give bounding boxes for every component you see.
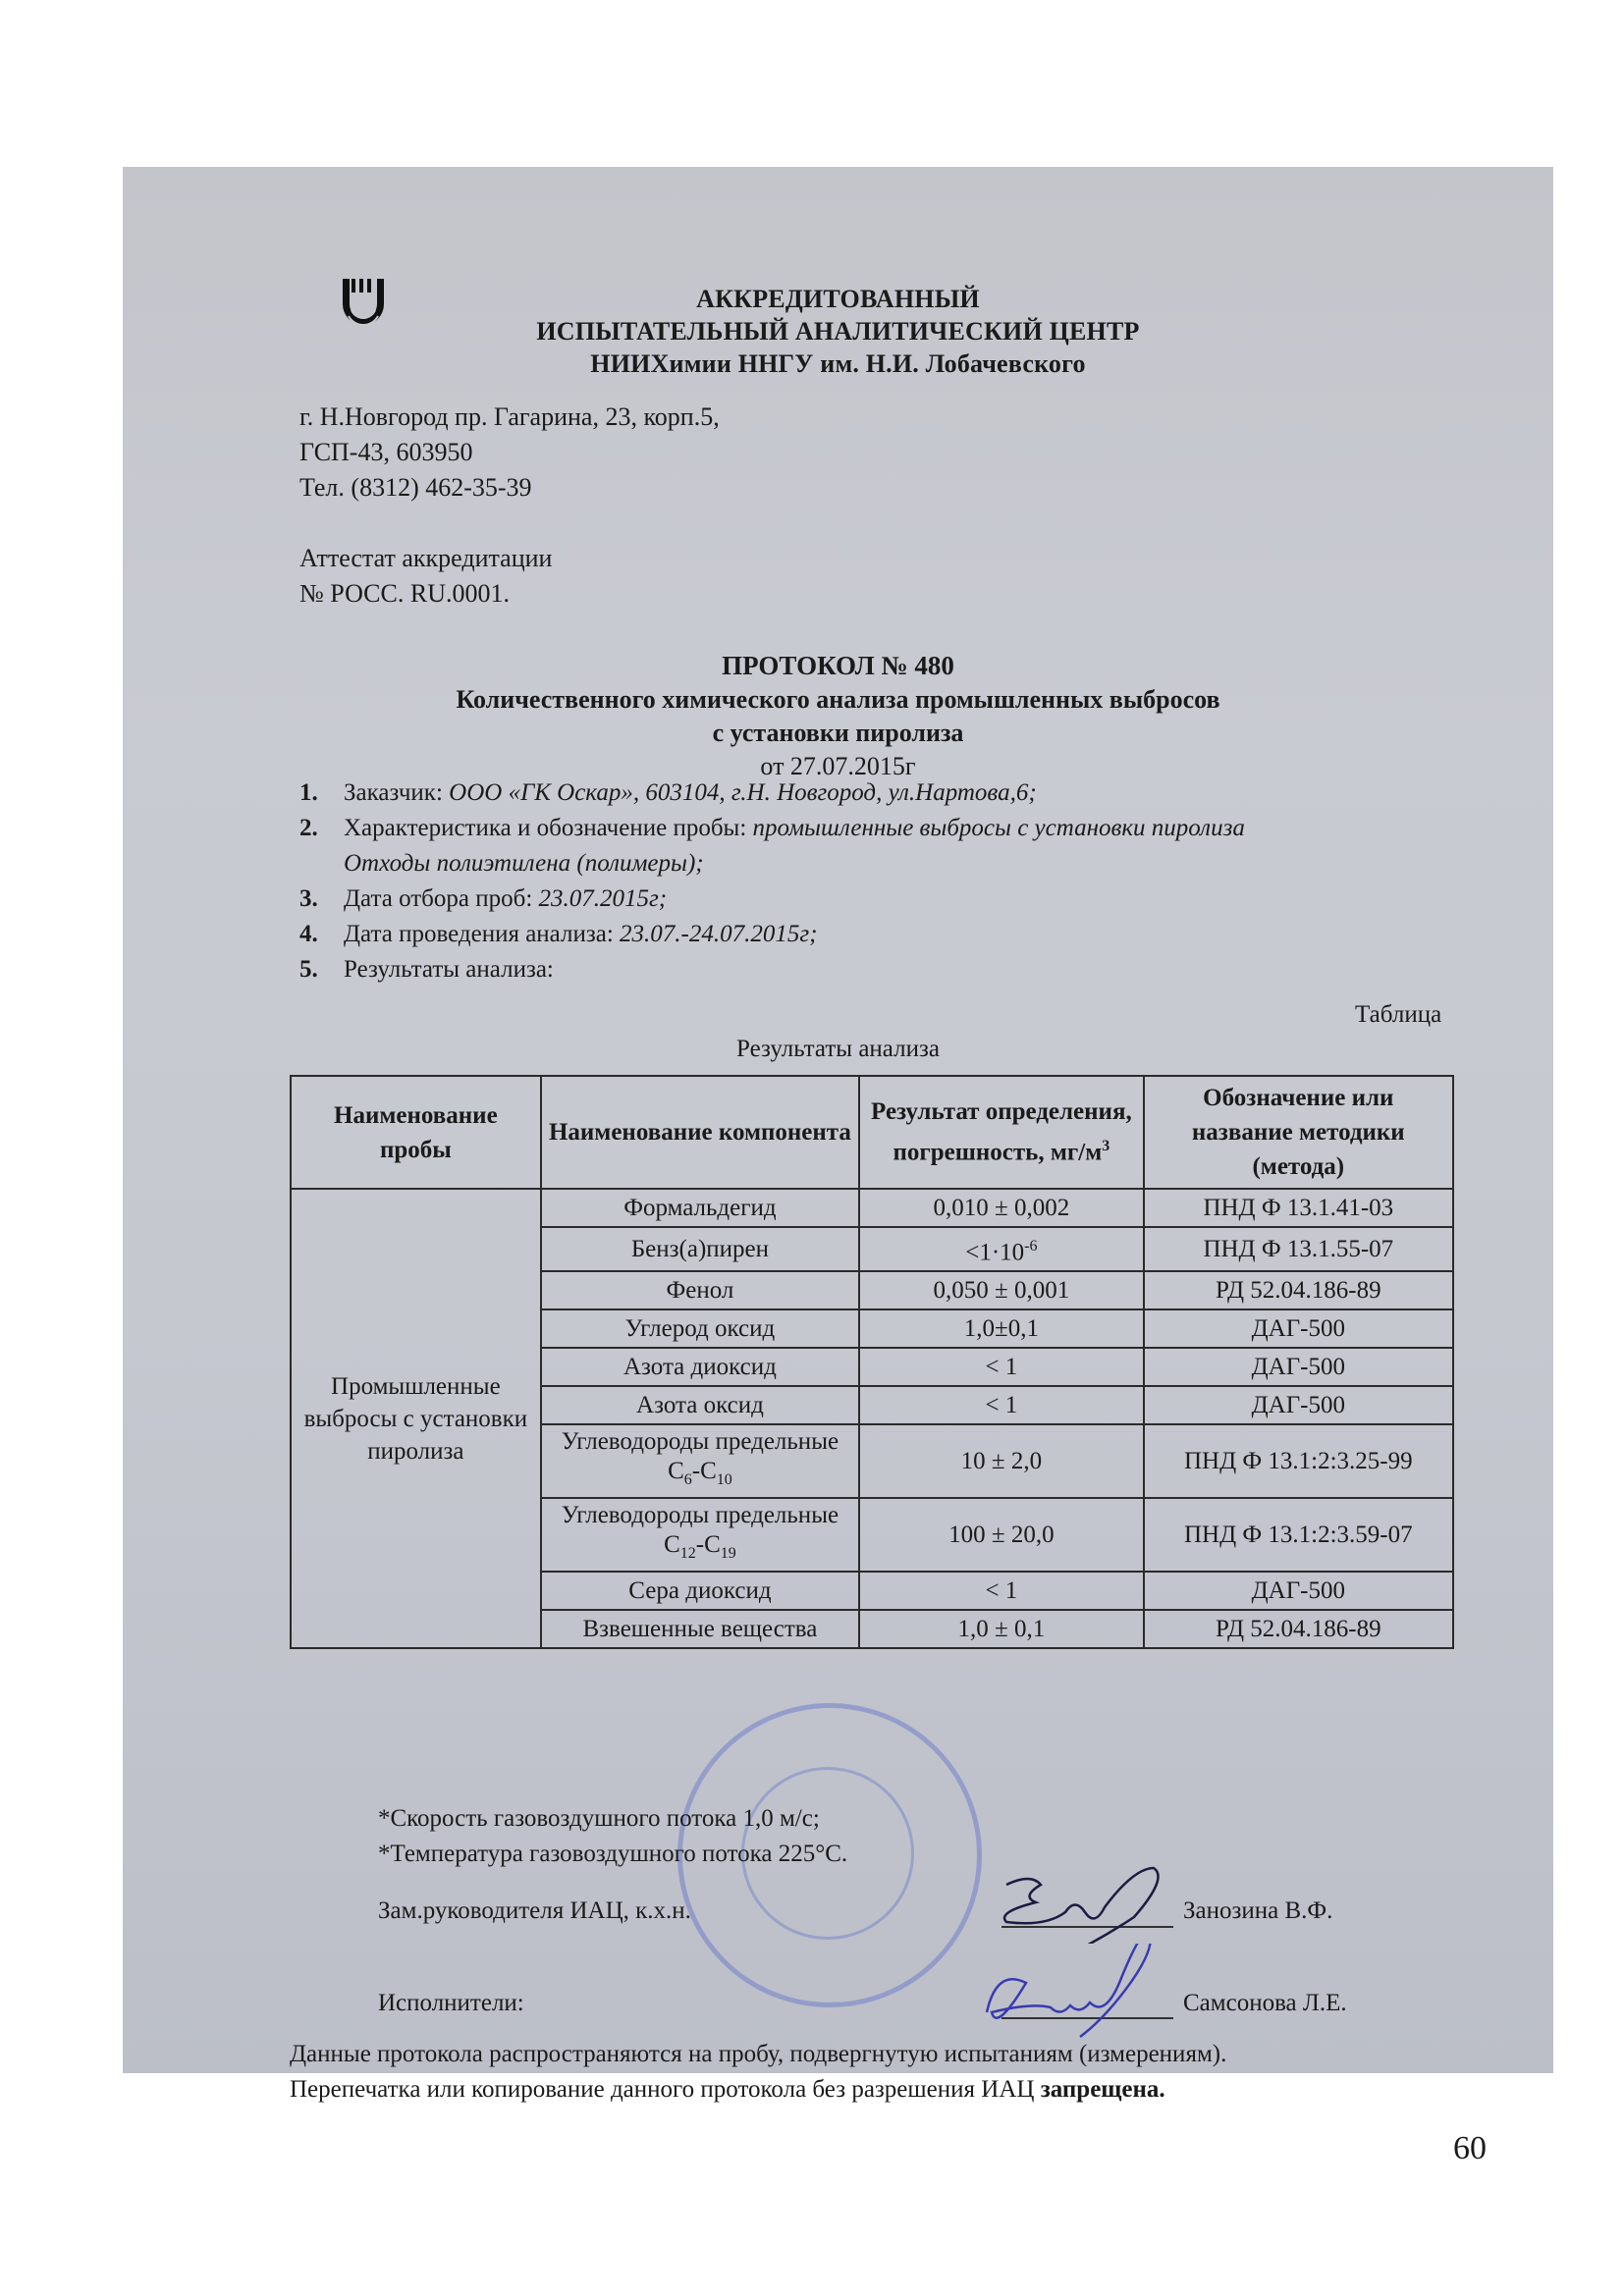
results-table: Наименование пробы Наименование компонен… <box>290 1075 1454 1649</box>
item-results: 5. Результаты анализа: <box>299 952 1245 988</box>
footer-line-2: Перепечатка или копирование данного прот… <box>290 2072 1226 2108</box>
item-analysis-date: 4. Дата проведения анализа: 23.07.-24.07… <box>299 917 1245 952</box>
method-cell: ДАГ-500 <box>1144 1572 1453 1610</box>
footer-disclaimer: Данные протокола распространяются на про… <box>290 2037 1226 2108</box>
component-cell: Фенол <box>541 1271 859 1309</box>
table-caption: Результаты анализа <box>123 1036 1553 1063</box>
protocol-title: ПРОТОКОЛ № 480 <box>123 651 1553 681</box>
component-cell: Сера диоксид <box>541 1572 859 1610</box>
header-line-1: АККРЕДИТОВАННЫЙ <box>123 285 1553 314</box>
result-cell: 100 ± 20,0 <box>859 1498 1144 1572</box>
table-row: Промышленные выбросы с установки пиролиз… <box>291 1189 1453 1227</box>
footer-line-1: Данные протокола распространяются на про… <box>290 2037 1226 2072</box>
component-cell: Азота оксид <box>541 1386 859 1424</box>
page-number: 60 <box>1453 2130 1487 2167</box>
protocol-items: 1. Заказчик: ООО «ГК Оскар», 603104, г.Н… <box>299 775 1245 988</box>
method-cell: ПНД Ф 13.1:2:3.25-99 <box>1144 1424 1453 1498</box>
method-cell: РД 52.04.186-89 <box>1144 1610 1453 1648</box>
result-cell: 0,050 ± 0,001 <box>859 1271 1144 1309</box>
item-customer: 1. Заказчик: ООО «ГК Оскар», 603104, г.Н… <box>299 775 1245 811</box>
method-cell: ПНД Ф 13.1.55-07 <box>1144 1227 1453 1271</box>
result-cell: < 1 <box>859 1572 1144 1610</box>
document-photo: АККРЕДИТОВАННЫЙ ИСПЫТАТЕЛЬНЫЙ АНАЛИТИЧЕС… <box>123 167 1553 2073</box>
item-sample-description: 2. Характеристика и обозначение пробы: п… <box>299 811 1245 881</box>
performer-name: Самсонова Л.Е. <box>1183 1990 1347 2017</box>
component-cell: Углеводороды предельные C12-C19 <box>541 1498 859 1572</box>
address-block: г. Н.Новгород пр. Гагарина, 23, корп.5, … <box>299 400 720 612</box>
performer-signature-icon <box>967 1944 1183 2052</box>
result-cell: <1·10-6 <box>859 1227 1144 1271</box>
method-cell: ПНД Ф 13.1.41-03 <box>1144 1189 1453 1227</box>
component-cell: Бенз(а)пирен <box>541 1227 859 1271</box>
component-cell: Взвешенные вещества <box>541 1610 859 1648</box>
notes: *Скорость газовоздушного потока 1,0 м/с;… <box>378 1801 847 1872</box>
performers-label: Исполнители: <box>378 1990 524 2017</box>
accreditation-label: Аттестат аккредитации <box>299 541 720 576</box>
result-cell: 0,010 ± 0,002 <box>859 1189 1144 1227</box>
header-result: Результат определения, погрешность, мг/м… <box>859 1076 1144 1189</box>
note-flow-speed: *Скорость газовоздушного потока 1,0 м/с; <box>378 1801 847 1837</box>
component-cell: Углерод оксид <box>541 1309 859 1348</box>
result-cell: 1,0 ± 0,1 <box>859 1610 1144 1648</box>
result-cell: 10 ± 2,0 <box>859 1424 1144 1498</box>
protocol-subtitle-1: Количественного химического анализа пром… <box>123 685 1553 715</box>
method-cell: ПНД Ф 13.1:2:3.59-07 <box>1144 1498 1453 1572</box>
header-line-2: ИСПЫТАТЕЛЬНЫЙ АНАЛИТИЧЕСКИЙ ЦЕНТР <box>123 317 1553 347</box>
header-method: Обозначение или название методики (метод… <box>1144 1076 1453 1189</box>
deputy-name: Занозина В.Ф. <box>1183 1897 1332 1925</box>
header-line-3: НИИХимии ННГУ им. Н.И. Лобачевского <box>123 349 1553 379</box>
item-sampling-date: 3. Дата отбора проб: 23.07.2015г; <box>299 881 1245 917</box>
header-component-name: Наименование компонента <box>541 1076 859 1189</box>
result-cell: < 1 <box>859 1386 1144 1424</box>
table-label: Таблица <box>1355 1001 1441 1029</box>
method-cell: ДАГ-500 <box>1144 1348 1453 1386</box>
component-cell: Формальдегид <box>541 1189 859 1227</box>
accreditation-number: № РОСС. RU.0001. <box>299 576 720 612</box>
protocol-subtitle-2: с установки пиролиза <box>123 719 1553 748</box>
method-cell: ДАГ-500 <box>1144 1386 1453 1424</box>
note-flow-temperature: *Температура газовоздушного потока 225°С… <box>378 1837 847 1872</box>
address-line-2: ГСП-43, 603950 <box>299 435 720 470</box>
sample-name-cell: Промышленные выбросы с установки пиролиз… <box>291 1189 541 1648</box>
address-line-1: г. Н.Новгород пр. Гагарина, 23, корп.5, <box>299 400 720 435</box>
deputy-label: Зам.руководителя ИАЦ, к.х.н. <box>378 1897 691 1925</box>
deputy-signature-icon <box>987 1855 1183 1944</box>
method-cell: ДАГ-500 <box>1144 1309 1453 1348</box>
result-cell: < 1 <box>859 1348 1144 1386</box>
result-cell: 1,0±0,1 <box>859 1309 1144 1348</box>
method-cell: РД 52.04.186-89 <box>1144 1271 1453 1309</box>
component-cell: Азота диоксид <box>541 1348 859 1386</box>
phone: Тел. (8312) 462-35-39 <box>299 470 720 506</box>
component-cell: Углеводороды предельные C6-C10 <box>541 1424 859 1498</box>
table-header-row: Наименование пробы Наименование компонен… <box>291 1076 1453 1189</box>
header-sample-name: Наименование пробы <box>291 1076 541 1189</box>
